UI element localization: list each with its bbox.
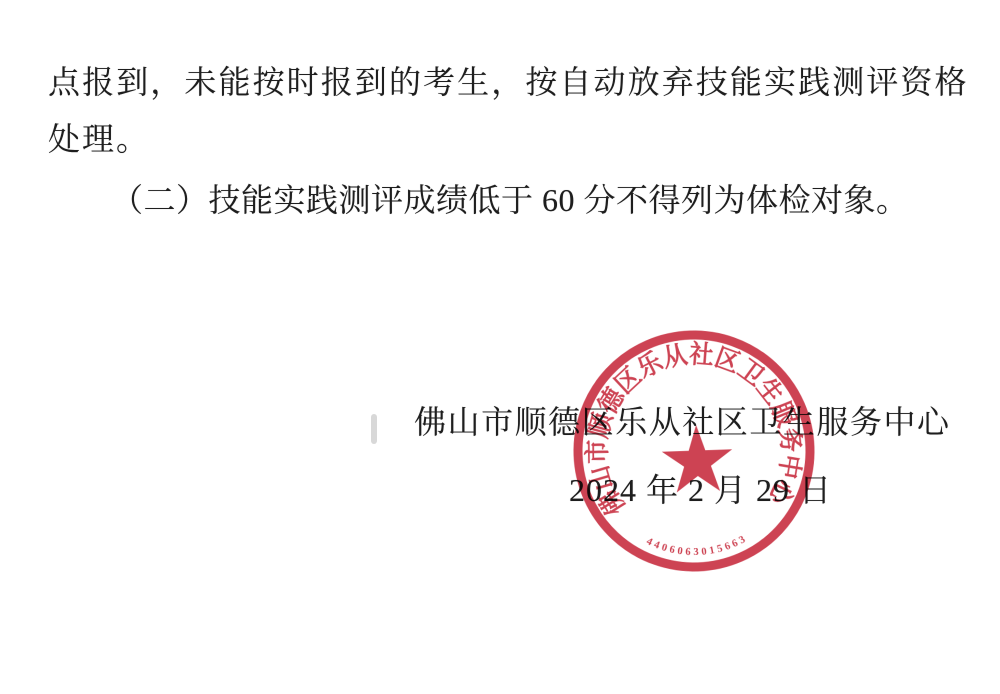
seal-graphic: 佛山市顺德区乐从社区卫生服务中心 4406063015663	[560, 317, 829, 586]
seal-star-icon	[661, 424, 734, 493]
body-paragraph-line-2: 处理。	[48, 118, 150, 160]
item-2-line: （二）技能实践测评成绩低于 60 分不得列为体检对象。	[111, 179, 909, 221]
official-seal: 佛山市顺德区乐从社区卫生服务中心 4406063015663	[560, 317, 829, 586]
document-page: 点报到，未能按时报到的考生，按自动放弃技能实践测评资格 处理。 （二）技能实践测…	[0, 0, 1000, 694]
body-paragraph-line-1: 点报到，未能按时报到的考生，按自动放弃技能实践测评资格	[48, 61, 968, 103]
scan-artifact-speck	[371, 414, 377, 444]
